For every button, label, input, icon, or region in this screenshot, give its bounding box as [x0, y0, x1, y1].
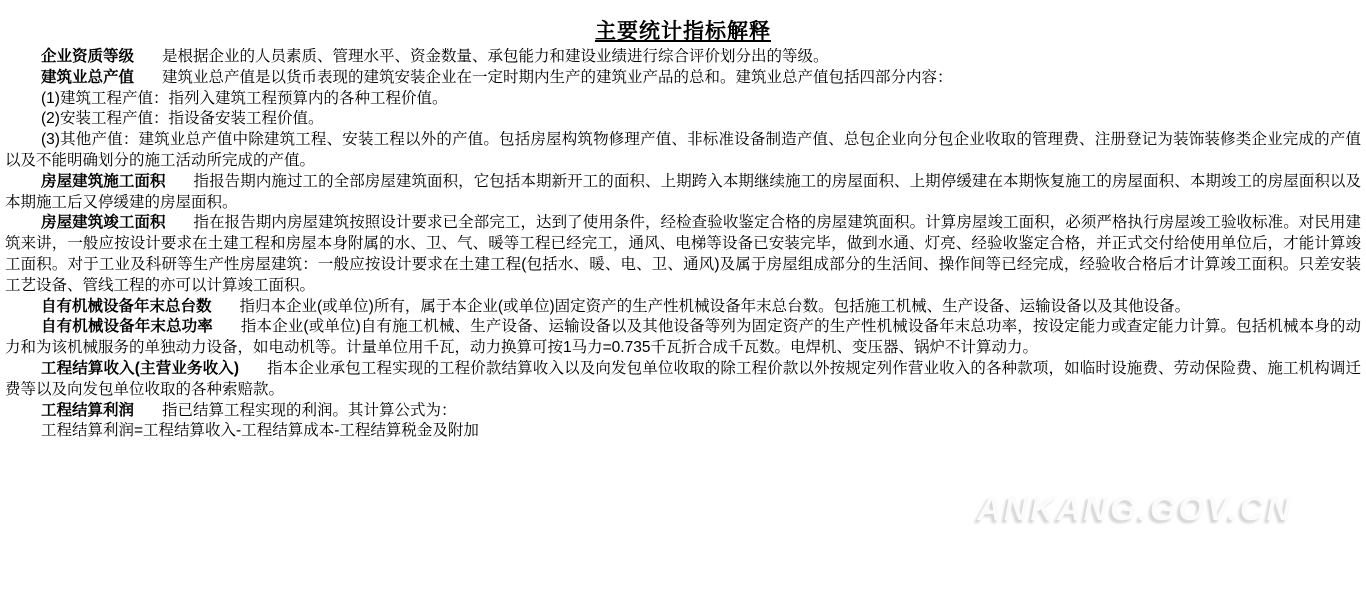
paragraph: 自有机械设备年末总台数指归本企业(或单位)所有，属于本企业(或单位)固定资产的生… [5, 297, 1361, 318]
term-label: 工程结算收入(主营业务收入) [41, 360, 239, 377]
paragraph: (2)安装工程产值：指设备安装工程价值。 [5, 109, 1361, 130]
paragraph-text: (2)安装工程产值：指设备安装工程价值。 [41, 110, 323, 127]
paragraph: (3)其他产值：建筑业总产值中除建筑工程、安装工程以外的产值。包括房屋构筑物修理… [5, 130, 1361, 172]
paragraph-text: 是根据企业的人员素质、管理水平、资金数量、承包能力和建设业绩进行综合评价划分出的… [162, 48, 829, 65]
watermark: ANKANG.GOV.CN [977, 490, 1293, 529]
term-label: 企业资质等级 [41, 48, 134, 65]
term-label: 自有机械设备年末总台数 [41, 298, 212, 315]
term-label: 建筑业总产值 [41, 69, 134, 86]
paragraph: 企业资质等级是根据企业的人员素质、管理水平、资金数量、承包能力和建设业绩进行综合… [5, 47, 1361, 68]
paragraph-text: 建筑业总产值是以货币表现的建筑安装企业在一定时期内生产的建筑业产品的总和。建筑业… [162, 69, 953, 86]
paragraph-text: 指归本企业(或单位)所有，属于本企业(或单位)固定资产的生产性机械设备年末总台数… [240, 298, 1191, 315]
paragraph-text: (3)其他产值：建筑业总产值中除建筑工程、安装工程以外的产值。包括房屋构筑物修理… [5, 131, 1361, 169]
document-page: 主要统计指标解释 企业资质等级是根据企业的人员素质、管理水平、资金数量、承包能力… [0, 0, 1366, 599]
paragraph-text: 指在报告期内房屋建筑按照设计要求已全部完工，达到了使用条件，经检查验收鉴定合格的… [5, 214, 1361, 293]
page-title: 主要统计指标解释 [0, 0, 1366, 44]
term-label: 房屋建筑施工面积 [41, 173, 166, 190]
term-label: 工程结算利润 [41, 402, 134, 419]
paragraph: 工程结算收入(主营业务收入)指本企业承包工程实现的工程价款结算收入以及向发包单位… [5, 359, 1361, 401]
paragraph-text: 工程结算利润=工程结算收入-工程结算成本-工程结算税金及附加 [41, 422, 479, 439]
paragraph: 房屋建筑竣工面积指在报告期内房屋建筑按照设计要求已全部完工，达到了使用条件，经检… [5, 213, 1361, 296]
term-label: 房屋建筑竣工面积 [41, 214, 166, 231]
term-label: 自有机械设备年末总功率 [41, 318, 213, 335]
paragraph: 工程结算利润=工程结算收入-工程结算成本-工程结算税金及附加 [5, 421, 1361, 442]
paragraph: 建筑业总产值建筑业总产值是以货币表现的建筑安装企业在一定时期内生产的建筑业产品的… [5, 68, 1361, 89]
paragraph: (1)建筑工程产值：指列入建筑工程预算内的各种工程价值。 [5, 89, 1361, 110]
paragraph-text: (1)建筑工程产值：指列入建筑工程预算内的各种工程价值。 [41, 90, 447, 107]
paragraph-text: 指已结算工程实现的利润。其计算公式为： [162, 402, 457, 419]
document-body: 企业资质等级是根据企业的人员素质、管理水平、资金数量、承包能力和建设业绩进行综合… [0, 47, 1366, 442]
paragraph: 房屋建筑施工面积指报告期内施过工的全部房屋建筑面积，它包括本期新开工的面积、上期… [5, 172, 1361, 214]
paragraph-text: 指报告期内施过工的全部房屋建筑面积，它包括本期新开工的面积、上期跨入本期继续施工… [5, 173, 1361, 211]
paragraph: 工程结算利润指已结算工程实现的利润。其计算公式为： [5, 401, 1361, 422]
paragraph: 自有机械设备年末总功率指本企业(或单位)自有施工机械、生产设备、运输设备以及其他… [5, 317, 1361, 359]
